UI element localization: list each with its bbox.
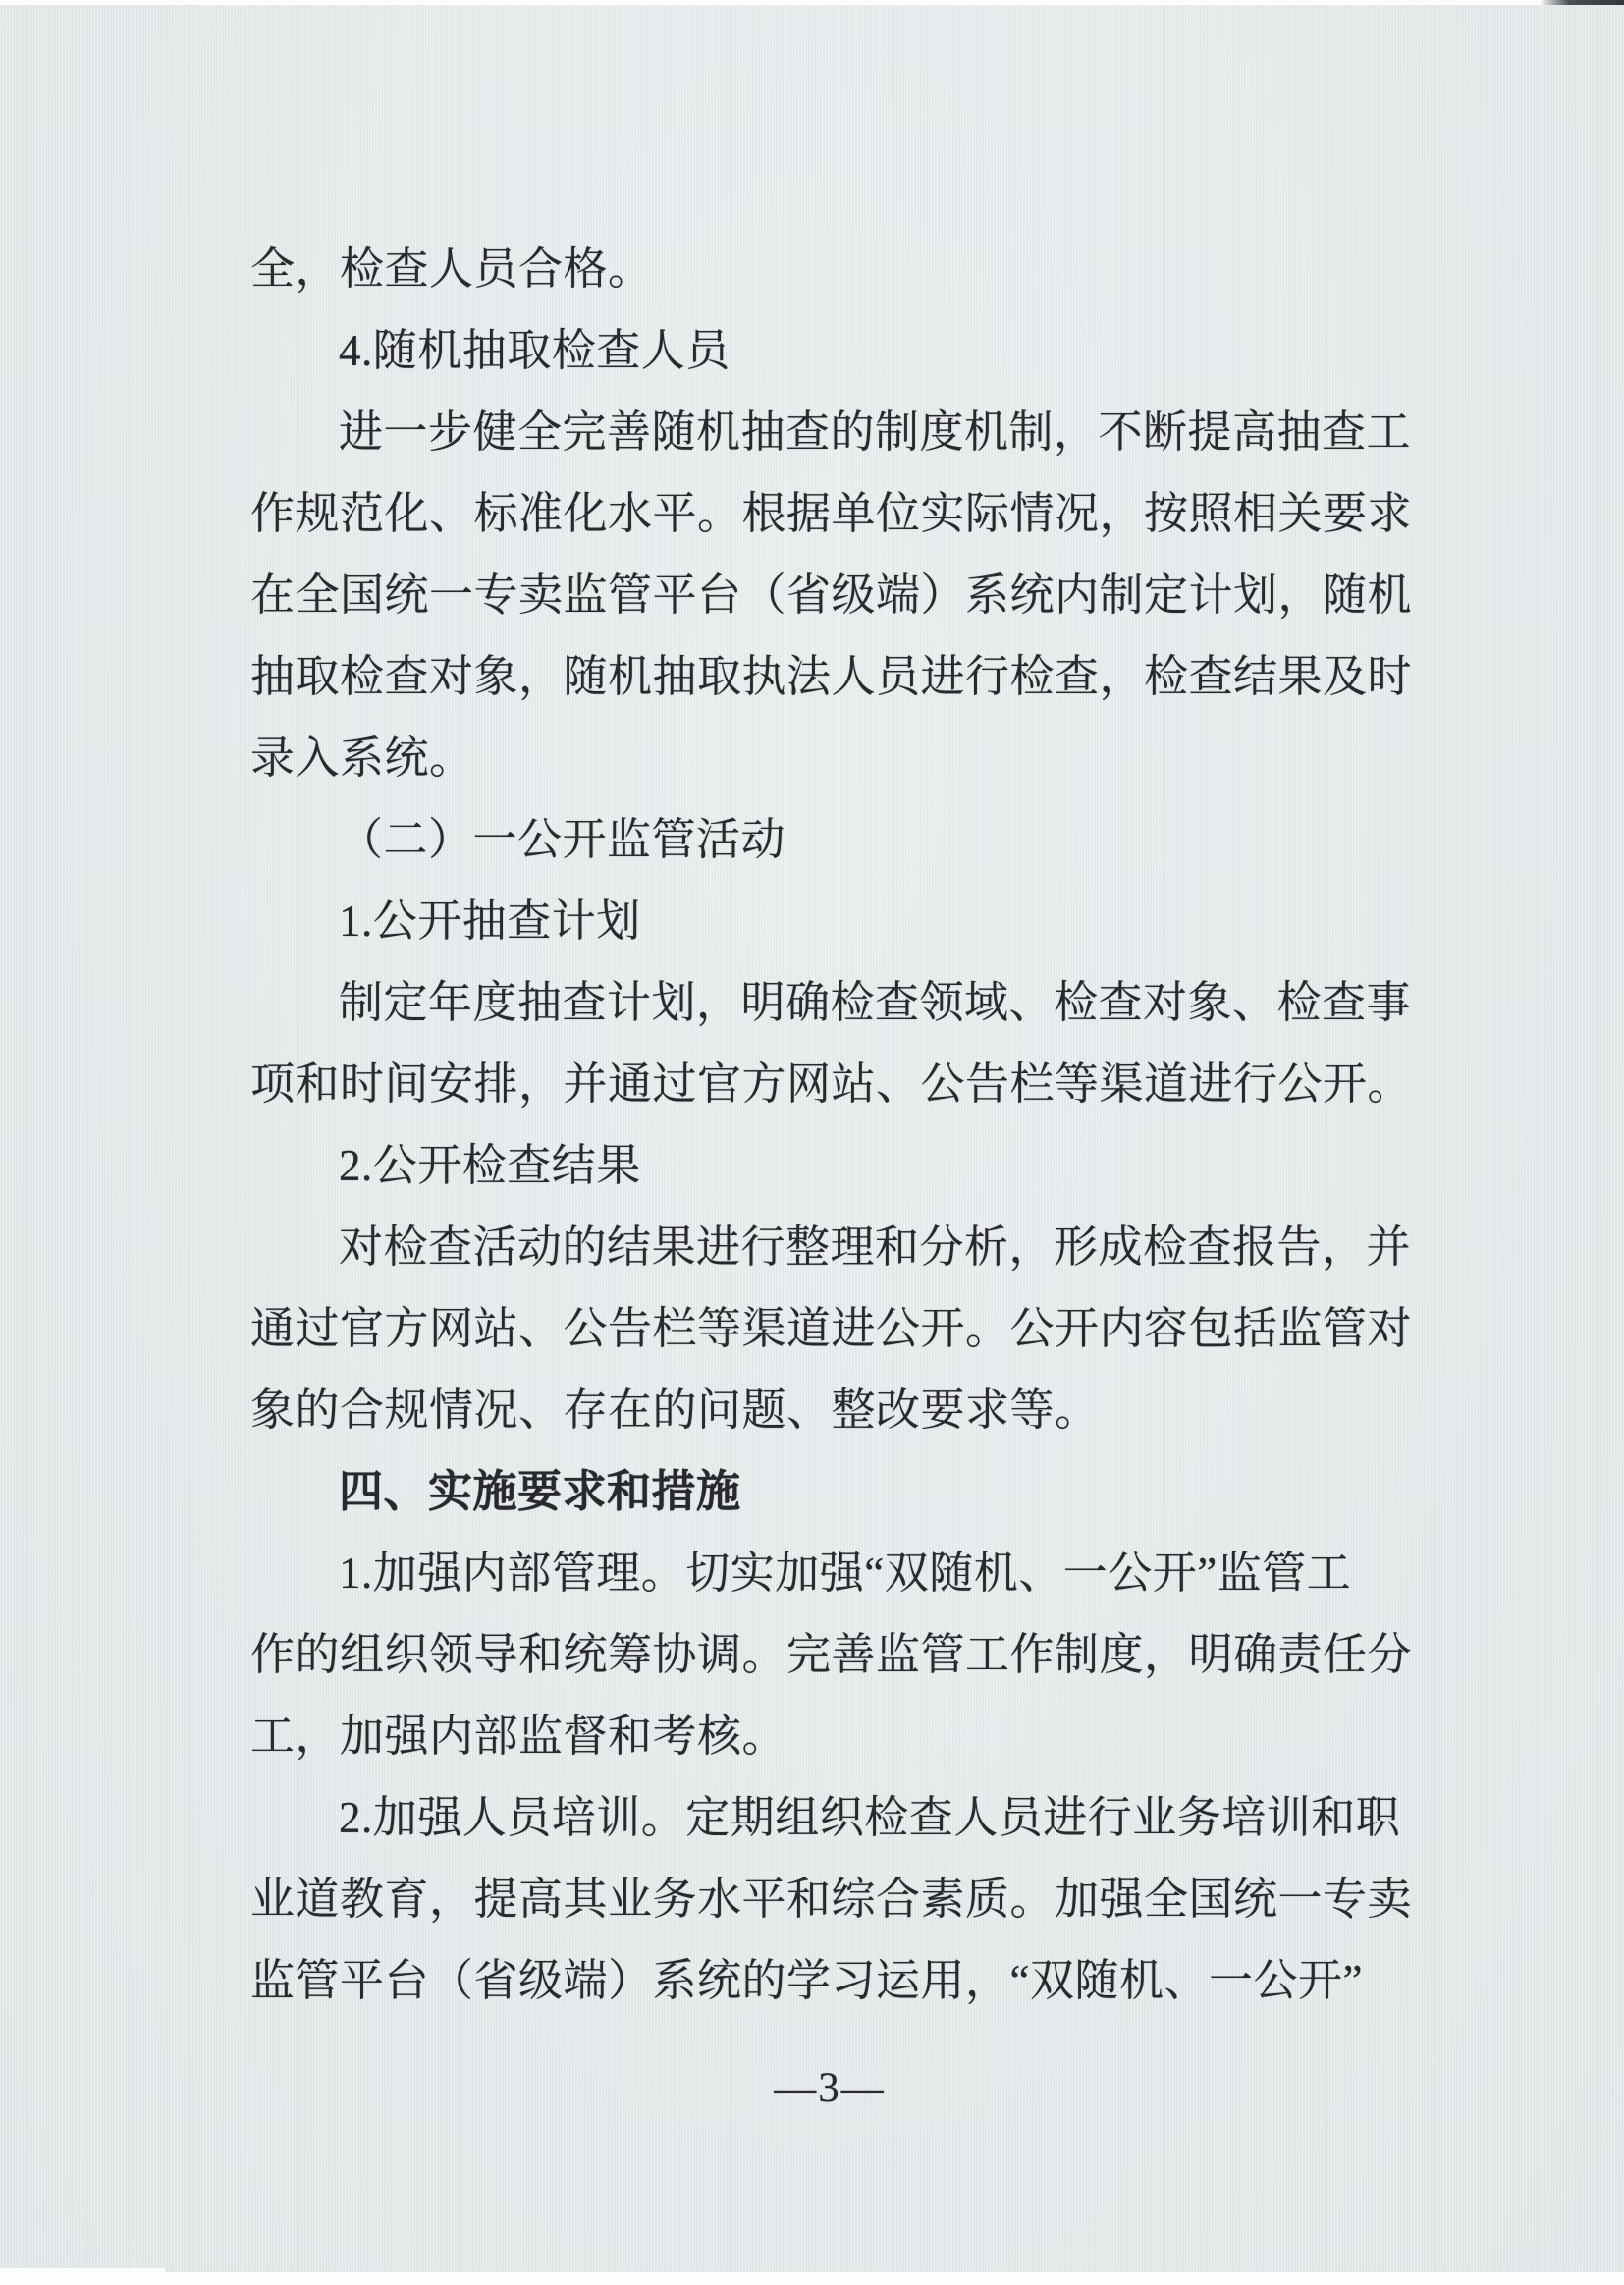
document-line: 通过官方网站、公告栏等渠道进公开。公开内容包括监管对	[250, 1288, 1409, 1370]
document-line: 进一步健全完善随机抽查的制度机制，不断提高抽查工	[250, 392, 1409, 473]
page-number: —3—	[250, 2059, 1409, 2118]
document-line: 象的合规情况、存在的问题、整改要求等。	[250, 1370, 1409, 1451]
document-line: 工，加强内部监督和考核。	[250, 1696, 1409, 1777]
document-line-section-heading: 四、实施要求和措施	[250, 1451, 1409, 1533]
document-line: 抽取检查对象，随机抽取执法人员进行检查，检查结果及时	[250, 636, 1409, 718]
document-line: 1.加强内部管理。切实加强“双随机、一公开”监管工	[250, 1533, 1409, 1614]
document-line: 项和时间安排，并通过官方网站、公告栏等渠道进行公开。	[250, 1044, 1409, 1125]
document-line: 业道教育，提高其业务水平和综合素质。加强全国统一专卖	[250, 1859, 1409, 1940]
document-body: 全，检查人员合格。 4.随机抽取检查人员 进一步健全完善随机抽查的制度机制，不断…	[250, 229, 1409, 2022]
scan-artifact-top-right	[1540, 0, 1624, 5]
document-line-item-heading: 1.公开抽查计划	[250, 881, 1409, 962]
document-line: 在全国统一专卖监管平台（省级端）系统内制定计划，随机	[250, 555, 1409, 636]
document-line: 对检查活动的结果进行整理和分析，形成检查报告，并	[250, 1207, 1409, 1288]
document-line-subsection-heading: （二）一公开监管活动	[250, 799, 1409, 881]
document-line: 作规范化、标准化水平。根据单位实际情况，按照相关要求	[250, 473, 1409, 555]
document-line: 作的组织领导和统筹协调。完善监管工作制度，明确责任分	[250, 1614, 1409, 1696]
document-line-item-heading: 2.公开检查结果	[250, 1125, 1409, 1207]
document-line: 2.加强人员培训。定期组织检查人员进行业务培训和职	[250, 1777, 1409, 1859]
document-line: 制定年度抽查计划，明确检查领域、检查对象、检查事	[250, 962, 1409, 1044]
document-line: 全，检查人员合格。	[250, 229, 1409, 310]
document-line: 监管平台（省级端）系统的学习运用，“双随机、一公开”	[250, 1940, 1409, 2022]
scan-artifact-bottom-left	[0, 2268, 165, 2277]
document-line: 录入系统。	[250, 718, 1409, 799]
document-line: 4.随机抽取检查人员	[250, 310, 1409, 392]
